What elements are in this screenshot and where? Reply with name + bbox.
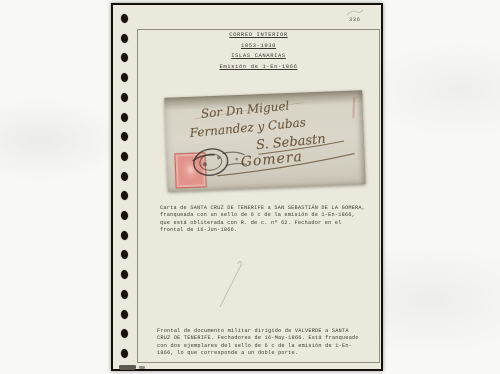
binding-hole bbox=[121, 349, 129, 359]
binding-hole bbox=[121, 191, 129, 201]
cover-edge-mark bbox=[352, 97, 355, 119]
binding-holes bbox=[113, 5, 135, 369]
caption-line: con dos ejemplares del sello de 6 c de l… bbox=[157, 343, 362, 350]
caption-line: Carta de SANTA CRUZ DE TENERIFE a SAN SE… bbox=[160, 205, 365, 212]
binding-hole bbox=[121, 112, 129, 122]
pencil-squiggle-icon bbox=[208, 255, 258, 313]
caption-line: Frontal de documento militar dirigido de… bbox=[157, 328, 362, 335]
binding-hole bbox=[121, 250, 129, 260]
binding-hole bbox=[121, 14, 129, 24]
header-period: 1853-1930 bbox=[137, 43, 380, 49]
caption-cover-description: Carta de SANTA CRUZ DE TENERIFE a SAN SE… bbox=[160, 205, 365, 234]
binding-hole bbox=[121, 152, 129, 162]
binding-hole bbox=[121, 211, 129, 221]
caption-line: CRUZ DE TENERIFE. Fechadores de 16-May-1… bbox=[157, 335, 362, 342]
caption-frontal-description: Frontal de documento militar dirigido de… bbox=[157, 328, 362, 357]
binding-hole bbox=[121, 33, 129, 43]
album-page: 336 CORREO INTERIOR 1853-1930 ISLAS CANA… bbox=[111, 3, 383, 371]
caption-line: que está obliterada con R. de c. nº 62. … bbox=[160, 220, 365, 227]
caption-line: franqueada con un sello de 6 c de la emi… bbox=[160, 212, 365, 219]
binding-hole bbox=[121, 171, 129, 181]
header-region: ISLAS CANARIAS bbox=[137, 53, 380, 59]
binding-hole bbox=[121, 73, 129, 83]
caption-line: 1866, lo que corresponde a un doble port… bbox=[157, 350, 362, 357]
binding-hole bbox=[121, 53, 129, 63]
scan-background: 336 CORREO INTERIOR 1853-1930 ISLAS CANA… bbox=[0, 0, 500, 374]
header-issue: Emisión de 1-En-1866 bbox=[137, 64, 380, 70]
header-title: CORREO INTERIOR bbox=[137, 32, 380, 38]
binding-hole bbox=[121, 270, 129, 280]
page-border-frame bbox=[137, 29, 380, 363]
address-line-4: Gomera bbox=[240, 149, 303, 171]
cover-photo: Sor Dn Miguel Fernandez y Cubas S. Sebas… bbox=[164, 90, 365, 192]
page-header: CORREO INTERIOR 1853-1930 ISLAS CANARIAS… bbox=[137, 32, 380, 74]
binding-hole bbox=[121, 92, 129, 102]
caption-line: frontal de 16-Jun-1866. bbox=[160, 227, 365, 234]
postage-stamp bbox=[174, 152, 206, 188]
binding-hole bbox=[121, 132, 129, 142]
brand-logo-bar bbox=[119, 365, 136, 369]
binding-hole bbox=[121, 329, 129, 339]
binding-hole bbox=[121, 309, 129, 319]
binding-hole bbox=[121, 289, 129, 299]
brand-logo-dot bbox=[139, 366, 145, 369]
binding-hole bbox=[121, 230, 129, 240]
page-number: 336 bbox=[349, 16, 379, 23]
album-brand-mark bbox=[119, 364, 153, 373]
